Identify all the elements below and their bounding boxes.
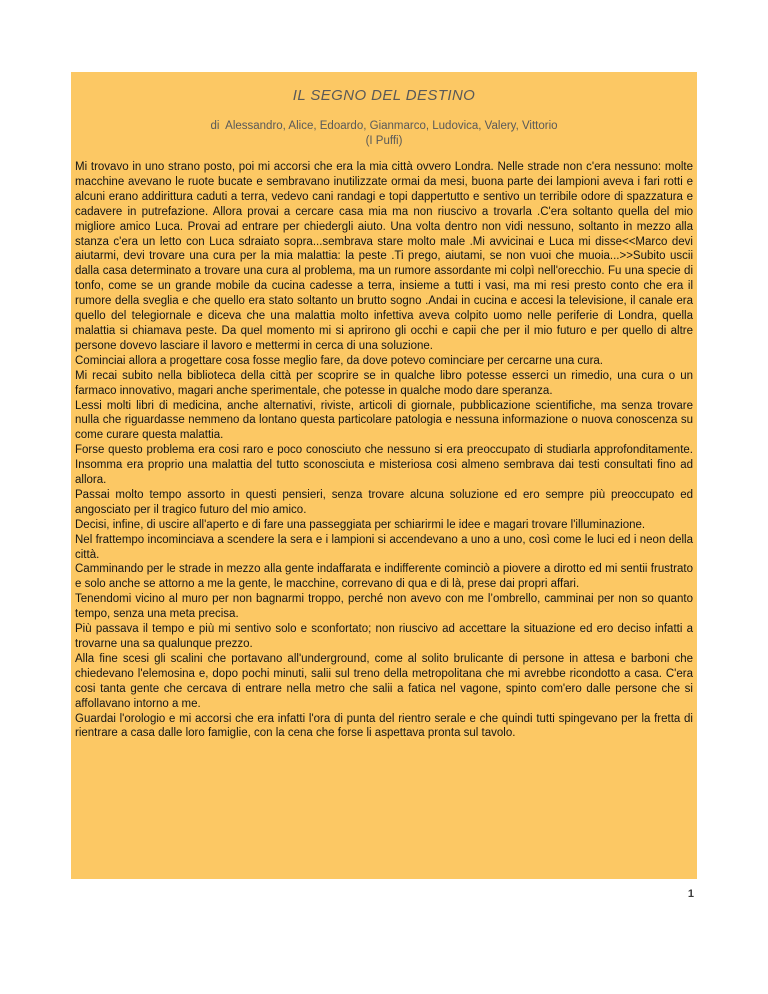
story-body: Mi trovavo in uno strano posto, poi mi a…: [75, 160, 693, 741]
story-paragraph: Passai molto tempo assorto in questi pen…: [75, 488, 693, 518]
story-group-name: (I Puffi): [75, 134, 693, 149]
story-paragraph: Più passava il tempo e più mi sentivo so…: [75, 622, 693, 652]
story-paragraph: Mi recai subito nella biblioteca della c…: [75, 369, 693, 399]
story-paragraph: Mi trovavo in uno strano posto, poi mi a…: [75, 160, 693, 354]
story-paragraph: Lessi molti libri di medicina, anche alt…: [75, 399, 693, 444]
story-paragraph: Camminando per le strade in mezzo alla g…: [75, 562, 693, 592]
story-paragraph: Tenendomi vicino al muro per non bagnarm…: [75, 592, 693, 622]
story-paragraph: Nel frattempo incominciava a scendere la…: [75, 533, 693, 563]
story-block: IL SEGNO DEL DESTINO di Alessandro, Alic…: [71, 72, 697, 879]
story-paragraph: Cominciai allora a progettare cosa fosse…: [75, 354, 693, 369]
story-paragraph: Decisi, infine, di uscire all'aperto e d…: [75, 518, 693, 533]
story-paragraph: Forse questo problema era cosi raro e po…: [75, 443, 693, 488]
story-paragraph: Guardai l'orologio e mi accorsi che era …: [75, 712, 693, 742]
document-page: IL SEGNO DEL DESTINO di Alessandro, Alic…: [0, 0, 768, 994]
story-paragraph: Alla fine scesi gli scalini che portavan…: [75, 652, 693, 712]
page-number: 1: [688, 888, 694, 900]
story-authors: di Alessandro, Alice, Edoardo, Gianmarco…: [75, 119, 693, 134]
story-title: IL SEGNO DEL DESTINO: [75, 87, 693, 104]
